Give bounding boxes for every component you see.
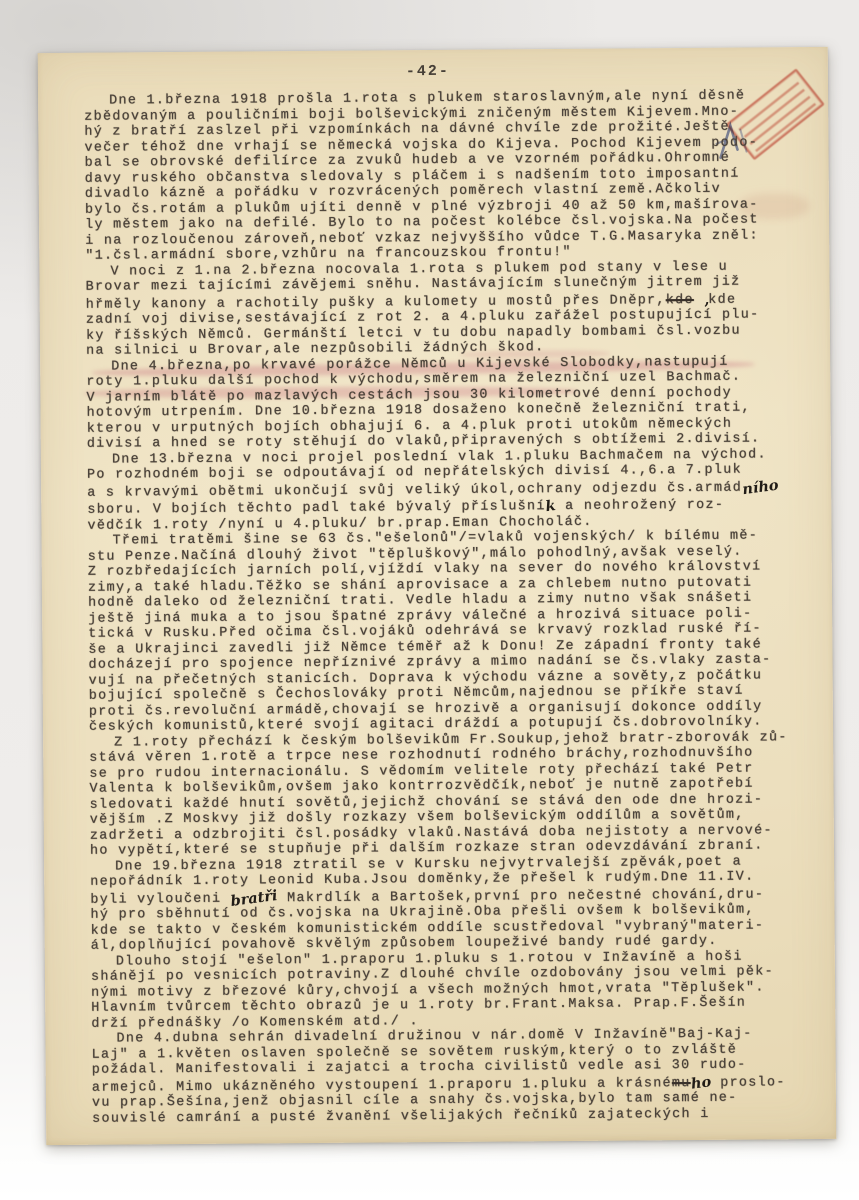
handwritten-correction: ního (741, 477, 779, 497)
page-number: -42- (338, 62, 518, 80)
paragraph: Dne 19.března 1918 ztratil se v Kursku n… (90, 854, 807, 955)
struck-out-text: kde (666, 292, 694, 307)
paragraph: Dne 13.března v noci projel poslední vla… (87, 447, 804, 534)
paragraph: Dne 4.dubna sehrán divadelní družinou v … (91, 1026, 808, 1127)
paragraph: Třemi tratěmi šine se 63 čs."ešelonů"/=v… (88, 528, 806, 735)
document-scan-background: -42- Dne 1.března 1918 prošla 1.rota s p… (0, 0, 859, 1200)
paragraph: Dne 4.března,po krvavé porážce Němců u K… (86, 354, 803, 453)
handwritten-correction: , (702, 292, 709, 308)
paragraph: V noci z 1.na 2.března nocovala 1.rota s… (85, 259, 802, 360)
struck-out-text: mu (672, 1076, 691, 1091)
paragraph: Dlouho stojí "ešelon" 1.praporu 1.pluku … (91, 949, 808, 1032)
handwritten-correction: k (545, 498, 557, 515)
typewritten-text-block: Dne 1.března 1918 prošla 1.rota s plukem… (84, 88, 808, 1127)
paragraph: Dne 1.března 1918 prošla 1.rota s plukem… (84, 88, 801, 264)
paragraph: Z 1.roty přechází k českým bolševikům Fr… (89, 730, 806, 860)
handwritten-correction: ho (690, 1074, 712, 1092)
typewritten-page: -42- Dne 1.března 1918 prošla 1.rota s p… (38, 47, 837, 1145)
